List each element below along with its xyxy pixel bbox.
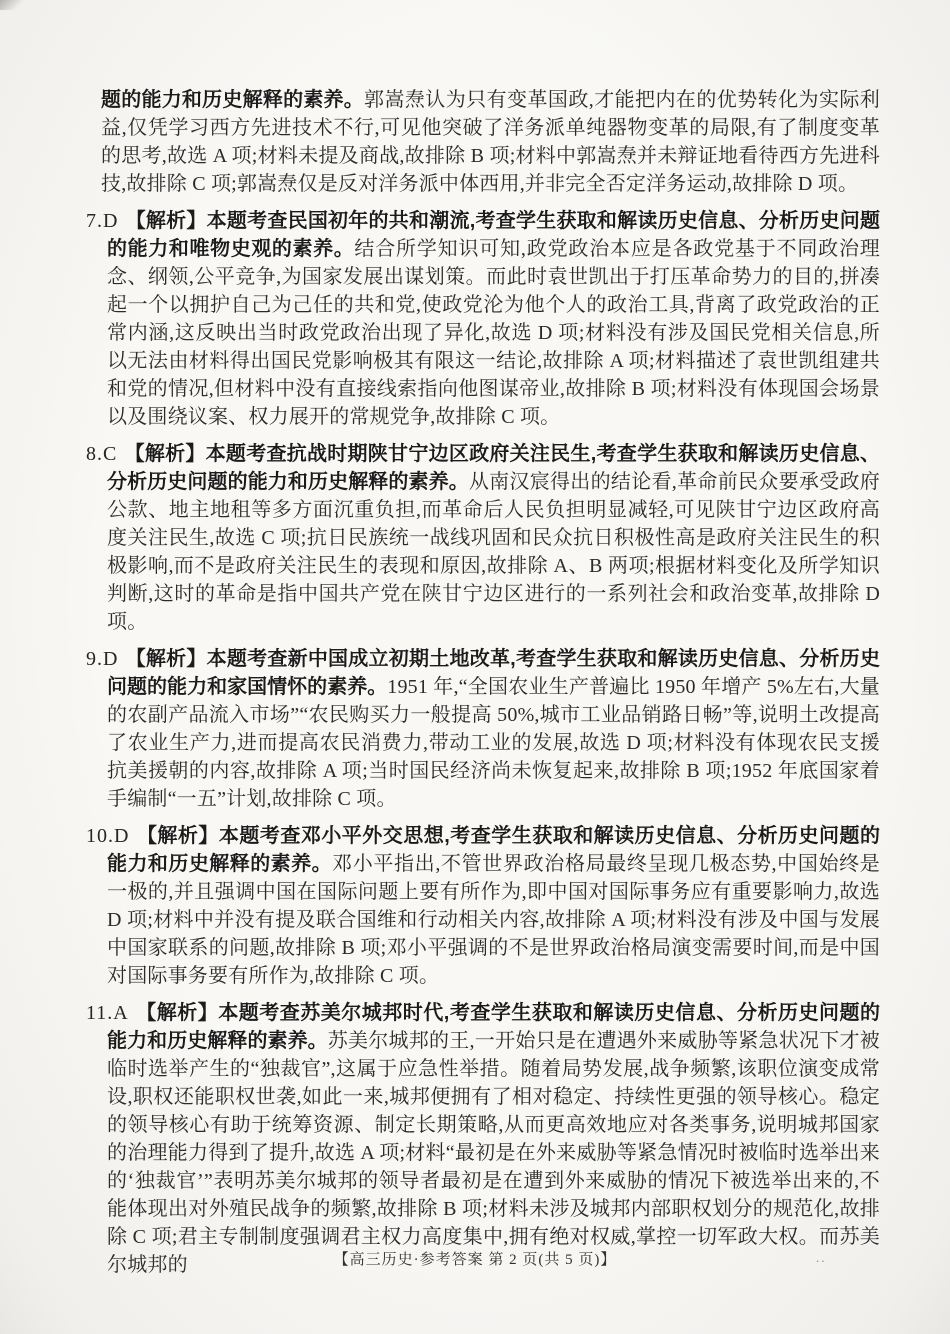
question-number-answer: 8.C	[86, 443, 117, 465]
scan-corner-smudge	[0, 0, 26, 10]
page-footer: 【高三历史·参考答案 第 2 页(共 5 页)】	[0, 1248, 950, 1269]
analysis-lead-bold: 题的能力和历史解释的素养。	[101, 89, 364, 111]
scanned-page: 题的能力和历史解释的素养。郭嵩焘认为只有变革国政,才能把内在的优势转化为实际利益…	[0, 0, 950, 1334]
answer-item-8: 8.C【解析】本题考查抗战时期陕甘宁边区政府关注民生,考查学生获取和解读历史信息…	[86, 440, 880, 636]
answer-item-11: 11.A【解析】本题考查苏美尔城邦时代,考查学生获取和解读历史信息、分析历史问题…	[86, 999, 880, 1279]
question-number-answer: 7.D	[86, 210, 118, 232]
question-number-answer: 11.A	[86, 1002, 129, 1024]
question-number-answer: 9.D	[86, 648, 118, 670]
answer-item-9: 9.D【解析】本题考查新中国成立初期土地改革,考查学生获取和解读历史信息、分析历…	[86, 645, 880, 813]
answer-item-6-continuation: 题的能力和历史解释的素养。郭嵩焘认为只有变革国政,才能把内在的优势转化为实际利益…	[86, 86, 880, 198]
analysis-body: 苏美尔城邦的王,一开始只是在遭遇外来威胁等紧急状况下才被临时选举产生的“独裁官”…	[107, 1030, 880, 1276]
question-number-answer: 10.D	[86, 825, 129, 847]
analysis-body: 结合所学知识可知,政党政治本应是各政党基于不同政治理念、纲领,公平竞争,为国家发…	[107, 238, 880, 428]
answer-item-7: 7.D【解析】本题考查民国初年的共和潮流,考查学生获取和解读历史信息、分析历史问…	[86, 207, 880, 431]
answer-item-10: 10.D【解析】本题考查邓小平外交思想,考查学生获取和解读历史信息、分析历史问题…	[86, 822, 880, 990]
answer-key-content: 题的能力和历史解释的素养。郭嵩焘认为只有变革国政,才能把内在的优势转化为实际利益…	[86, 86, 880, 1288]
analysis-body: 从南汉宸得出的结论看,革命前民众要承受政府公款、地主地租等多方面沉重负担,而革命…	[107, 471, 880, 633]
scan-artifact-dots: ..	[816, 1250, 827, 1266]
